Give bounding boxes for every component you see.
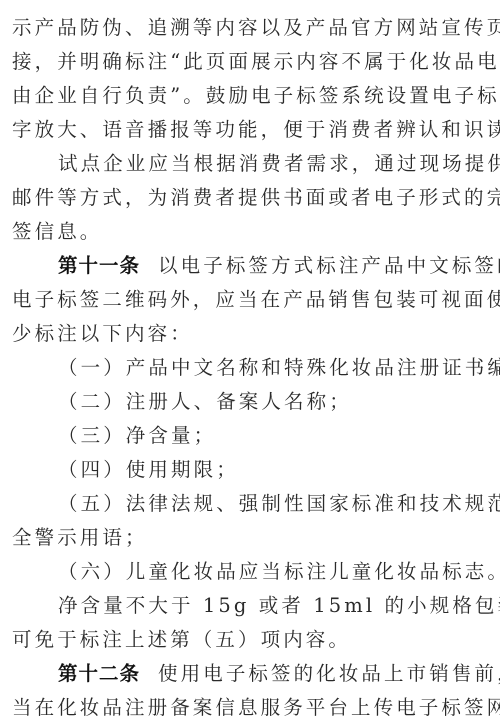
document-page: 示产品防伪、追溯等内容以及产品官方网站宣传页面的网址链 接，并明确标注“此页面展… xyxy=(0,0,500,725)
text-line: 少标注以下内容： xyxy=(12,317,492,351)
list-item: （五）法律法规、强制性国家标准和技术规范要求标注的安 xyxy=(58,487,492,521)
text-line: 由企业自行负责”。鼓励电子标签系统设置电子标签展示内容文 xyxy=(12,79,492,113)
article-11-line: 第十一条以电子标签方式标注产品中文标签的化妆品，除 xyxy=(58,249,492,283)
list-item: （二）注册人、备案人名称； xyxy=(58,385,492,419)
article-heading: 第十二条 xyxy=(58,662,140,685)
text-line: 邮件等方式，为消费者提供书面或者电子形式的完整产品中文标 xyxy=(12,181,492,215)
list-item: （六）儿童化妆品应当标注儿童化妆品标志。 xyxy=(58,555,492,589)
list-item: （一）产品中文名称和特殊化妆品注册证书编号； xyxy=(58,351,492,385)
text-line: 净含量不大于 15g 或者 15ml 的小规格包装产品，实物标签 xyxy=(58,589,492,623)
text-line: 全警示用语； xyxy=(12,521,492,555)
text-line: 接，并明确标注“此页面展示内容不属于化妆品电子标签信息， xyxy=(12,45,492,79)
text-span: 以电子标签方式标注产品中文标签的化妆品，除 xyxy=(158,254,500,277)
text-line: 字放大、语音播报等功能，便于消费者辨认和识读。 xyxy=(12,113,492,147)
text-line: 电子标签二维码外，应当在产品销售包装可视面使用规范汉字至 xyxy=(12,283,492,317)
text-line: 可免于标注上述第（五）项内容。 xyxy=(12,623,492,657)
text-line: 当在化妆品注册备案信息服务平台上传电子标签网址数据结构 xyxy=(12,691,492,725)
text-span: 使用电子标签的化妆品上市销售前，试点企业应 xyxy=(158,662,500,685)
text-line: 签信息。 xyxy=(12,215,492,249)
article-12-line: 第十二条使用电子标签的化妆品上市销售前，试点企业应 xyxy=(58,657,492,691)
list-item: （四）使用期限； xyxy=(58,453,492,487)
article-heading: 第十一条 xyxy=(58,254,140,277)
list-item: （三）净含量； xyxy=(58,419,492,453)
text-line: 示产品防伪、追溯等内容以及产品官方网站宣传页面的网址链 xyxy=(12,11,492,45)
text-line: 试点企业应当根据消费者需求，通过现场提供、邮寄、电子 xyxy=(58,147,492,181)
